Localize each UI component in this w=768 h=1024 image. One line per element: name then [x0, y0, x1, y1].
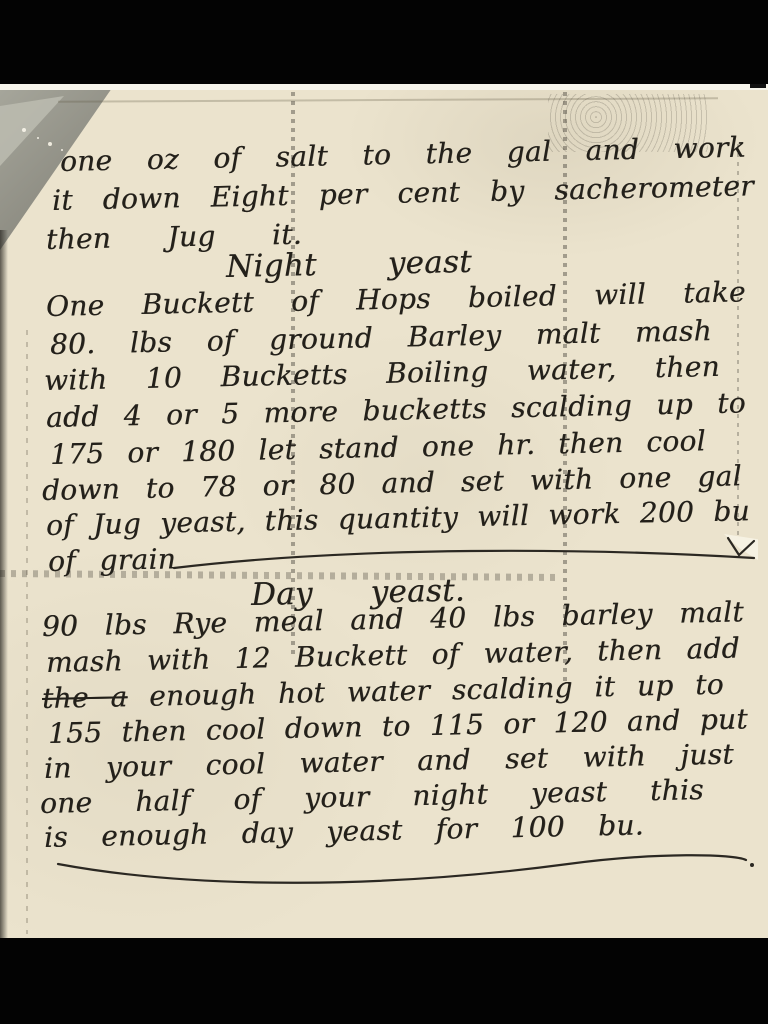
strikethrough-text: the a — [42, 680, 128, 715]
scan-artifact-mark — [750, 84, 766, 88]
top-letterbox — [0, 0, 768, 84]
paper-page: one oz of salt to the gal and work it do… — [0, 90, 768, 938]
handwritten-line: One Buckett of Hops boiled will take — [46, 278, 746, 321]
scanned-document: one oz of salt to the gal and work it do… — [0, 0, 768, 1024]
margin-line — [26, 330, 28, 934]
section-heading-night-yeast: Night yeast — [226, 247, 473, 283]
corner-specks — [22, 128, 26, 132]
handwritten-line: one oz of salt to the gal and work — [60, 134, 746, 176]
bottom-letterbox — [0, 938, 768, 1024]
handwritten-line: it down Eight per cent by sacherometer — [52, 172, 754, 215]
scan-left-edge — [0, 230, 8, 938]
handwritten-line: of grain — [48, 545, 177, 576]
underline-flourish — [48, 842, 760, 898]
